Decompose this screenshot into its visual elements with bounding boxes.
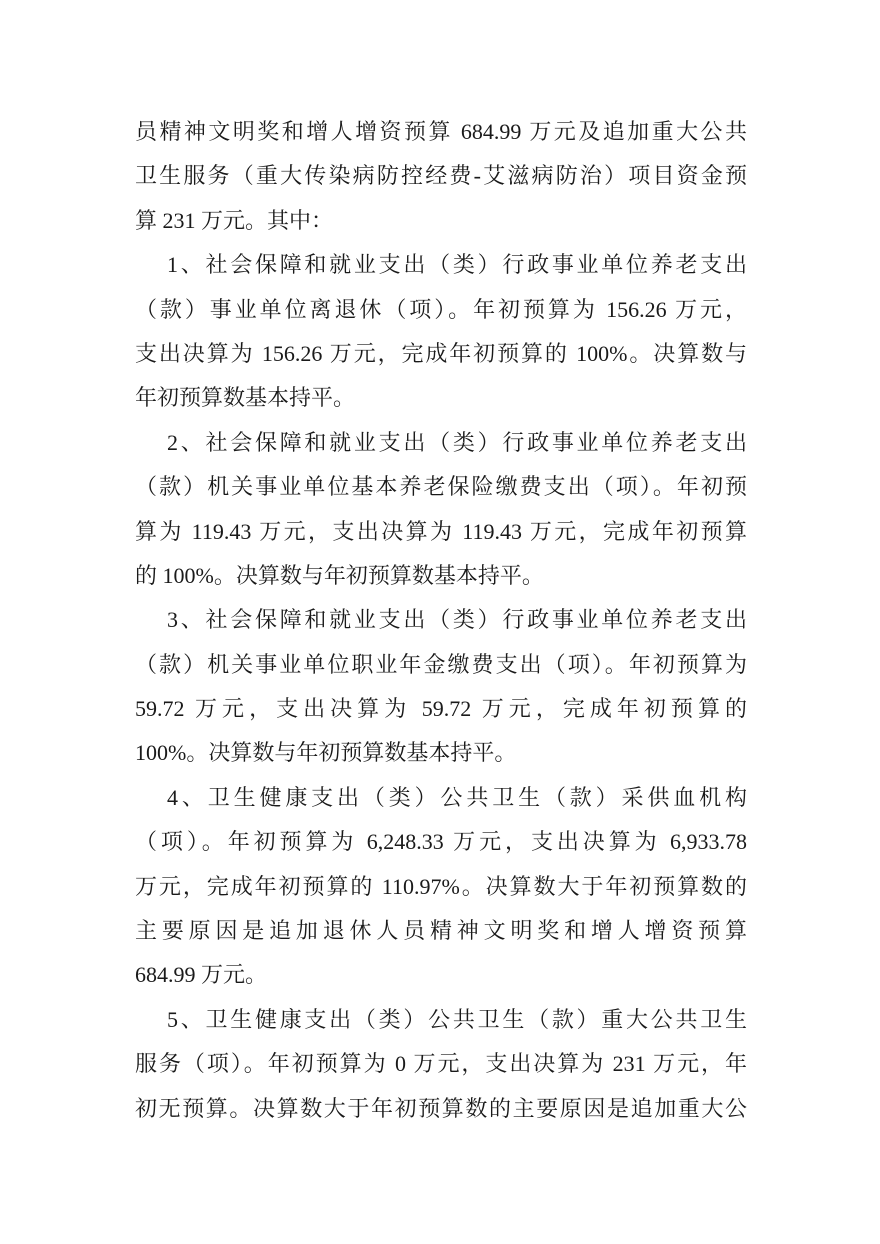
document-text-block: 员精神文明奖和增人增资预算 684.99 万元及追加重大公共 卫生服务（重大传染…: [135, 110, 747, 1131]
body-line: 年初预算数基本持平。: [135, 376, 747, 420]
body-line: 59.72 万元，支出决算为 59.72 万元，完成年初预算的: [135, 687, 747, 731]
body-line: （款）机关事业单位基本养老保险缴费支出（项）。年初预: [135, 465, 747, 509]
body-line: （款）机关事业单位职业年金缴费支出（项）。年初预算为: [135, 643, 747, 687]
body-line: 100%。决算数与年初预算数基本持平。: [135, 731, 747, 775]
body-line: 算 231 万元。其中：: [135, 199, 747, 243]
paragraph-continuation: 员精神文明奖和增人增资预算 684.99 万元及追加重大公共 卫生服务（重大传染…: [135, 110, 747, 243]
body-line: 的 100%。决算数与年初预算数基本持平。: [135, 554, 747, 598]
body-line: 2、社会保障和就业支出（类）行政事业单位养老支出: [135, 421, 747, 465]
body-line: 4、卫生健康支出（类）公共卫生（款）采供血机构: [135, 776, 747, 820]
body-line: 算为 119.43 万元，支出决算为 119.43 万元，完成年初预算: [135, 510, 747, 554]
body-line: 支出决算为 156.26 万元，完成年初预算的 100%。决算数与: [135, 332, 747, 376]
body-line: 主要原因是追加退休人员精神文明奖和增人增资预算: [135, 909, 747, 953]
body-line: 员精神文明奖和增人增资预算 684.99 万元及追加重大公共: [135, 110, 747, 154]
body-line: 万元，完成年初预算的 110.97%。决算数大于年初预算数的: [135, 865, 747, 909]
paragraph-item-3: 3、社会保障和就业支出（类）行政事业单位养老支出 （款）机关事业单位职业年金缴费…: [135, 598, 747, 776]
body-line: （款）事业单位离退休（项）。年初预算为 156.26 万元，: [135, 288, 747, 332]
paragraph-item-1: 1、社会保障和就业支出（类）行政事业单位养老支出 （款）事业单位离退休（项）。年…: [135, 243, 747, 421]
paragraph-item-4: 4、卫生健康支出（类）公共卫生（款）采供血机构 （项）。年初预算为 6,248.…: [135, 776, 747, 998]
body-line: 初无预算。决算数大于年初预算数的主要原因是追加重大公: [135, 1087, 747, 1131]
body-line: 684.99 万元。: [135, 953, 747, 997]
paragraph-item-5: 5、卫生健康支出（类）公共卫生（款）重大公共卫生 服务（项）。年初预算为 0 万…: [135, 998, 747, 1131]
body-line: 5、卫生健康支出（类）公共卫生（款）重大公共卫生: [135, 998, 747, 1042]
body-line: 卫生服务（重大传染病防控经费-艾滋病防治）项目资金预: [135, 154, 747, 198]
body-line: 3、社会保障和就业支出（类）行政事业单位养老支出: [135, 598, 747, 642]
paragraph-item-2: 2、社会保障和就业支出（类）行政事业单位养老支出 （款）机关事业单位基本养老保险…: [135, 421, 747, 599]
body-line: 1、社会保障和就业支出（类）行政事业单位养老支出: [135, 243, 747, 287]
body-line: 服务（项）。年初预算为 0 万元，支出决算为 231 万元，年: [135, 1042, 747, 1086]
document-page: 员精神文明奖和增人增资预算 684.99 万元及追加重大公共 卫生服务（重大传染…: [0, 0, 880, 1244]
body-line: （项）。年初预算为 6,248.33 万元，支出决算为 6,933.78: [135, 820, 747, 864]
